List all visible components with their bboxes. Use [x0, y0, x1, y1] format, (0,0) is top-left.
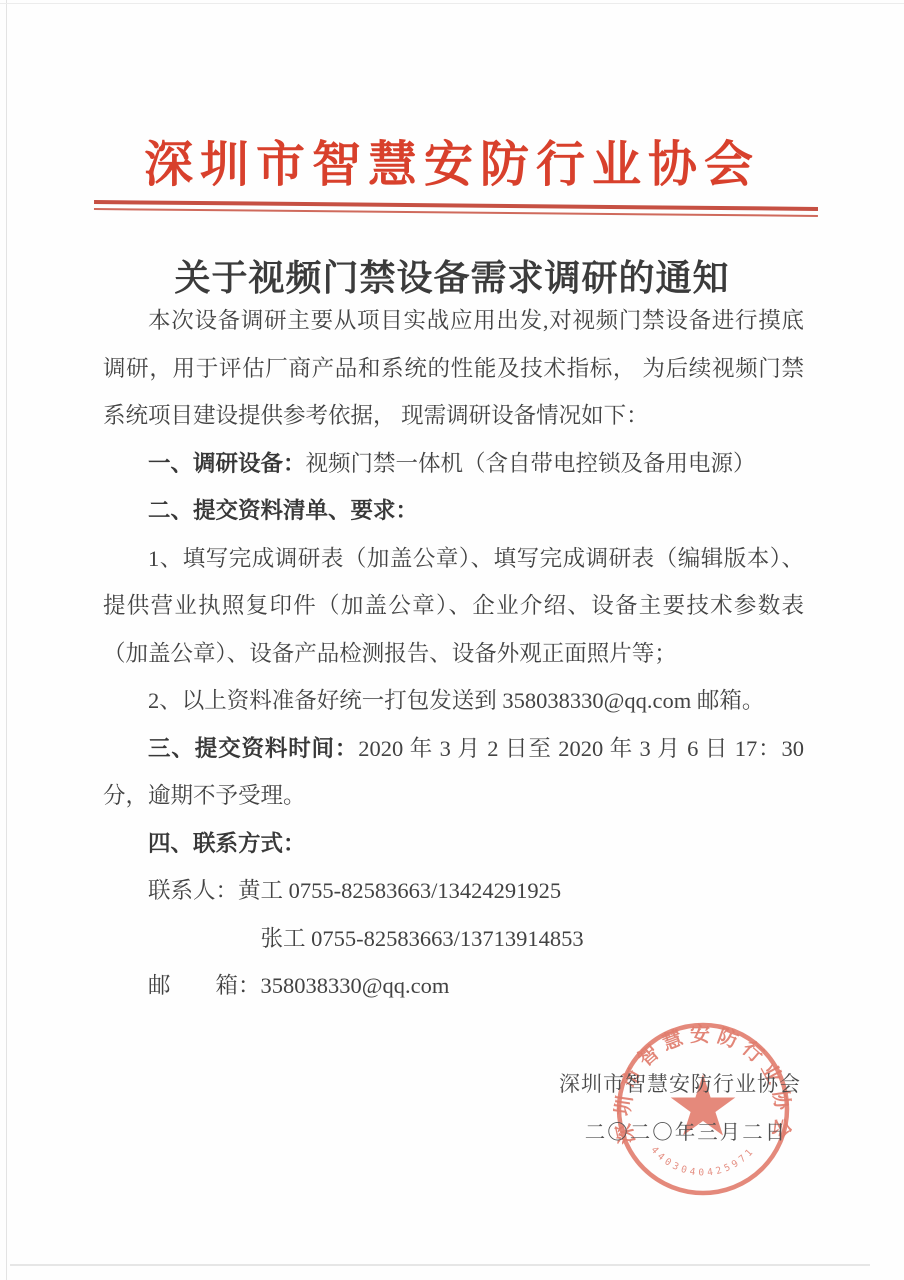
- section-1-text: 视频门禁一体机（含自带电控锁及备用电源）: [306, 451, 756, 476]
- document-title: 关于视频门禁设备需求调研的通知: [0, 250, 904, 301]
- seal-number-holder: 4403040425971: [648, 1145, 757, 1179]
- section-4-label: 四、联系方式：: [148, 831, 306, 856]
- seal-number: 4403040425971: [648, 1145, 757, 1179]
- section-1-label: 一、调研设备：: [148, 451, 306, 476]
- scan-edge-top: [0, 3, 904, 4]
- document-body: 本次设备调研主要从项目实战应用出发,对视频门禁设备进行摸底调研，用于评估厂商产品…: [103, 297, 804, 1010]
- contact-email-text: 邮 箱：358038330@qq.com: [148, 973, 449, 998]
- letterhead-divider: [94, 200, 818, 217]
- letterhead-org-name: 深圳市智慧安防行业协会: [0, 126, 904, 196]
- section-4-line: 四、联系方式：: [103, 820, 804, 868]
- intro-text: 本次设备调研主要从项目实战应用出发,对视频门禁设备进行摸底调研，用于评估厂商产品…: [103, 308, 804, 428]
- section-3-line: 三、提交资料时间：2020 年 3 月 2 日至 2020 年 3 月 6 日 …: [103, 725, 804, 820]
- contact-person-1-text: 联系人：黄工 0755-82583663/13424291925: [148, 878, 561, 903]
- signature-date: 二〇二〇年三月二日: [470, 1115, 902, 1145]
- list-item-1-text: 1、填写完成调研表（加盖公章）、填写完成调研表（编辑版本）、提供营业执照复印件（…: [103, 546, 804, 666]
- intro-paragraph: 本次设备调研主要从项目实战应用出发,对视频门禁设备进行摸底调研，用于评估厂商产品…: [103, 297, 804, 440]
- signature-org-name: 深圳市智慧安防行业协会: [460, 1068, 900, 1098]
- contact-person-2: 张工 0755-82583663/13713914853: [103, 915, 804, 963]
- section-2-line: 二、提交资料清单、要求：: [103, 487, 804, 535]
- section-1-line: 一、调研设备：视频门禁一体机（含自带电控锁及备用电源）: [103, 440, 804, 488]
- document-page: 深圳市智慧安防行业协会 关于视频门禁设备需求调研的通知 本次设备调研主要从项目实…: [0, 0, 904, 1280]
- list-item-2-text: 2、以上资料准备好统一打包发送到 358038330@qq.com 邮箱。: [148, 688, 764, 713]
- contact-person-2-text: 张工 0755-82583663/13713914853: [261, 926, 584, 951]
- official-seal: 深圳市智慧安防行业协会 4403040425971: [613, 1019, 793, 1199]
- list-item-2: 2、以上资料准备好统一打包发送到 358038330@qq.com 邮箱。: [103, 677, 804, 725]
- scan-edge-bottom: [10, 1264, 870, 1266]
- contact-email: 邮 箱：358038330@qq.com: [103, 962, 804, 1010]
- contact-person-1: 联系人：黄工 0755-82583663/13424291925: [103, 867, 804, 915]
- section-3-label: 三、提交资料时间：: [148, 736, 358, 761]
- section-2-label: 二、提交资料清单、要求：: [148, 498, 418, 523]
- list-item-1: 1、填写完成调研表（加盖公章）、填写完成调研表（编辑版本）、提供营业执照复印件（…: [103, 535, 804, 678]
